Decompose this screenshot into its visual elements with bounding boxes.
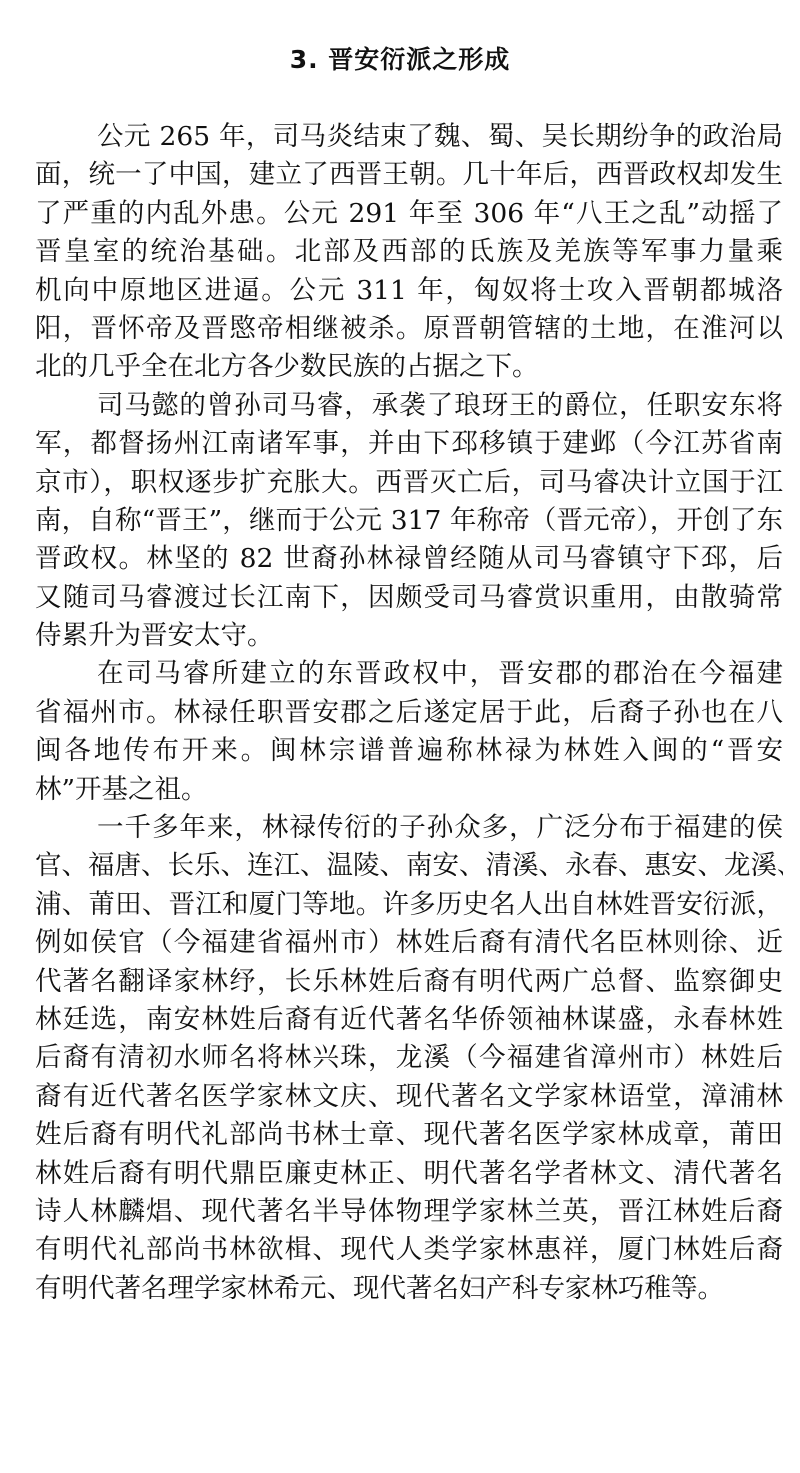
paragraph-3: 在司马睿所建立的东晋政权中，晋安郡的郡治在今福建 省福州市。林禄任职晋安郡之后遂… [35,655,783,809]
text-line: 晋政权。林坚的 82 世裔孙林禄曾经随从司马睿镇守下邳，后 [35,540,783,578]
text-line: 司马懿的曾孙司马睿，承袭了琅玡王的爵位，任职安东将 [35,387,783,425]
text-line: 一千多年来，林禄传衍的子孙众多，广泛分布于福建的侯 [35,809,783,847]
text-line: 又随司马睿渡过长江南下，因颇受司马睿赏识重用，由散骑常 [35,579,783,617]
text-line: 省福州市。林禄任职晋安郡之后遂定居于此，后裔子孙也在八 [35,694,783,732]
text-line: 晋皇室的统治基础。北部及西部的氐族及羌族等军事力量乘 [35,233,783,271]
text-line: 侍累升为晋安太守。 [35,617,783,655]
text-line: 姓后裔有明代礼部尚书林士章、现代著名医学家林成章，莆田 [35,1116,783,1154]
text-line: 有明代礼部尚书林欲楫、现代人类学家林惠祥，厦门林姓后裔 [35,1231,783,1269]
paragraph-2: 司马懿的曾孙司马睿，承袭了琅玡王的爵位，任职安东将 军，都督扬州江南诸军事，并由… [35,387,783,656]
text-line: 面，统一了中国，建立了西晋王朝。几十年后，西晋政权却发生 [35,156,783,194]
text-line: 了严重的内乱外患。公元 291 年至 306 年“八王之乱”动摇了 [35,195,783,233]
text-line: 例如侯官（今福建省福州市）林姓后裔有清代名臣林则徐、近 [35,924,783,962]
text-line: 闽各地传布开来。闽林宗谱普遍称林禄为林姓入闽的“晋安 [35,732,783,770]
text-line: 有明代著名理学家林希元、现代著名妇产科专家林巧稚等。 [35,1270,783,1308]
text-line: 阳，晋怀帝及晋愍帝相继被杀。原晋朝管辖的土地，在淮河以 [35,310,783,348]
text-line: 裔有近代著名医学家林文庆、现代著名文学家林语堂，漳浦林 [35,1078,783,1116]
text-line: 机向中原地区进逼。公元 311 年，匈奴将士攻入晋朝都城洛 [35,272,783,310]
text-line: 北的几乎全在北方各少数民族的占据之下。 [35,348,783,386]
text-line: 浦、莆田、晋江和厦门等地。许多历史名人出自林姓晋安衍派， [35,886,783,924]
text-line: 官、福唐、长乐、连江、温陵、南安、清溪、永春、惠安、龙溪、漳 [35,847,783,885]
text-line: 南，自称“晋王”，继而于公元 317 年称帝（晋元帝），开创了东 [35,502,783,540]
paragraph-4: 一千多年来，林禄传衍的子孙众多，广泛分布于福建的侯 官、福唐、长乐、连江、温陵、… [35,809,783,1308]
document-body: 公元 265 年，司马炎结束了魏、蜀、吴长期纷争的政治局 面，统一了中国，建立了… [35,118,783,1308]
text-line: 林姓后裔有明代鼎臣廉吏林正、明代著名学者林文、清代著名 [35,1155,783,1193]
text-line: 林廷选，南安林姓后裔有近代著名华侨领袖林谋盛，永春林姓 [35,1001,783,1039]
text-line: 诗人林麟焻、现代著名半导体物理学家林兰英，晋江林姓后裔 [35,1193,783,1231]
paragraph-1: 公元 265 年，司马炎结束了魏、蜀、吴长期纷争的政治局 面，统一了中国，建立了… [35,118,783,387]
text-line: 京市），职权逐步扩充胀大。西晋灭亡后，司马睿决计立国于江 [35,464,783,502]
section-title: 3. 晋安衍派之形成 [0,40,800,76]
text-line: 后裔有清初水师名将林兴珠，龙溪（今福建省漳州市）林姓后 [35,1039,783,1077]
text-line: 军，都督扬州江南诸军事，并由下邳移镇于建邺（今江苏省南 [35,425,783,463]
text-line: 林”开基之祖。 [35,771,783,809]
text-line: 代著名翻译家林纾，长乐林姓后裔有明代两广总督、监察御史 [35,963,783,1001]
text-line: 在司马睿所建立的东晋政权中，晋安郡的郡治在今福建 [35,655,783,693]
text-line: 公元 265 年，司马炎结束了魏、蜀、吴长期纷争的政治局 [35,118,783,156]
